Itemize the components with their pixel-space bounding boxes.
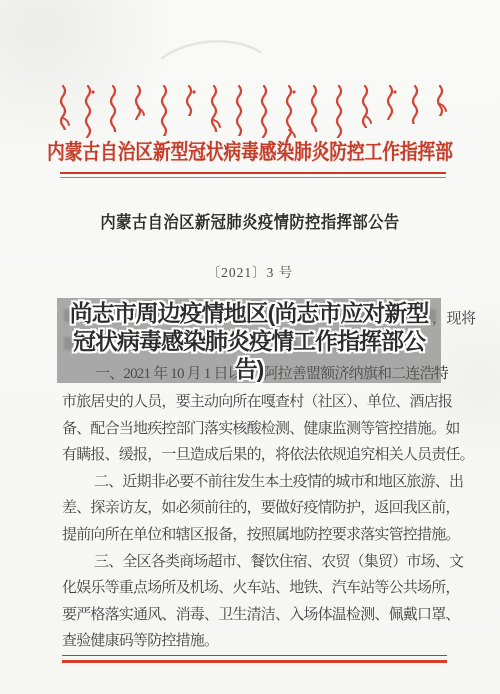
mongolian-word-glyph [157,84,172,136]
mongolian-word-glyph [408,84,423,124]
mongolian-word-glyph [207,84,222,132]
body-line: 查验健康码等防控措施。 [62,628,450,655]
body-line: 市旅居史的人员，要主动向所在嘎查村（社区）、单位、酒店报 [62,389,450,416]
mongolian-word-glyph [81,84,96,138]
mongolian-word-glyph [282,84,297,142]
body-line: 有瞒报、缓报，一旦造成后果的，将依法依规追究相关人员责任。 [62,442,450,469]
body-line: 备、配合当地疾控部门落实核酸检测、健康监测等管控措施。如 [62,416,450,443]
mongolian-word-glyph [383,84,398,120]
headline-overlay: 尚志市周边疫情地区(尚志市应对新型 冠状病毒感染肺炎疫情工作指挥部公 告) [57,298,441,383]
body-line: 二、近期非必要不前往发生本土疫情的城市和地区旅游、出 [62,469,450,496]
mongolian-word-glyph [332,84,347,138]
mongolian-word-glyph [56,84,71,130]
headline-line-3: 告) [57,355,441,383]
body-line: 要严格落实通风、消毒、卫生清洁、入场体温检测、佩戴口罩、 [62,602,450,629]
mongolian-word-glyph [182,84,197,116]
mongolian-script-row [56,84,448,140]
notice-body: 市旅居史的人员，要主动向所在嘎查村（社区）、单位、酒店报 备、配合当地疾控部门落… [62,389,450,655]
body-line-tail-fragment: ，现将 [432,307,492,328]
notice-title: 内蒙古自治区新冠肺炎疫情防控指挥部公告 [25,208,475,233]
header-org-title: 内蒙古自治区新型冠状病毒感染肺炎防控工作指挥部 [40,136,460,166]
headline-line-1: 尚志市周边疫情地区(尚志市应对新型 [57,299,441,327]
mongolian-word-glyph [433,84,448,116]
body-line: 化娱乐等重点场所及机场、火车站、地铁、汽车站等公共场所， [62,575,450,602]
scan-scribble-artifact [150,28,290,68]
header-double-rule [60,172,446,178]
footer-double-rule [62,655,447,663]
document-page: 内蒙古自治区新型冠状病毒感染肺炎防控工作指挥部 内蒙古自治区新冠肺炎疫情防控指挥… [0,0,500,694]
mongolian-word-glyph [257,84,272,138]
mongolian-word-glyph [307,84,322,132]
mongolian-word-glyph [106,84,121,132]
mongolian-word-glyph [131,84,146,120]
body-line: 提前向所在单位和辖区报备，按照属地防控要求落实管控措施。 [62,522,450,549]
doc-number: 〔2021〕3 号 [0,261,500,281]
headline-line-2: 冠状病毒感染肺炎疫情工作指挥部公 [57,327,441,355]
body-line: 三、全区各类商场超市、餐饮住宿、农贸（集贸）市场、文 [62,549,450,576]
mongolian-word-glyph [232,84,247,136]
mongolian-word-glyph [358,84,373,128]
body-line: 差、探亲访友，如必须前往的，要做好疫情防护，返回我区前， [62,495,450,522]
